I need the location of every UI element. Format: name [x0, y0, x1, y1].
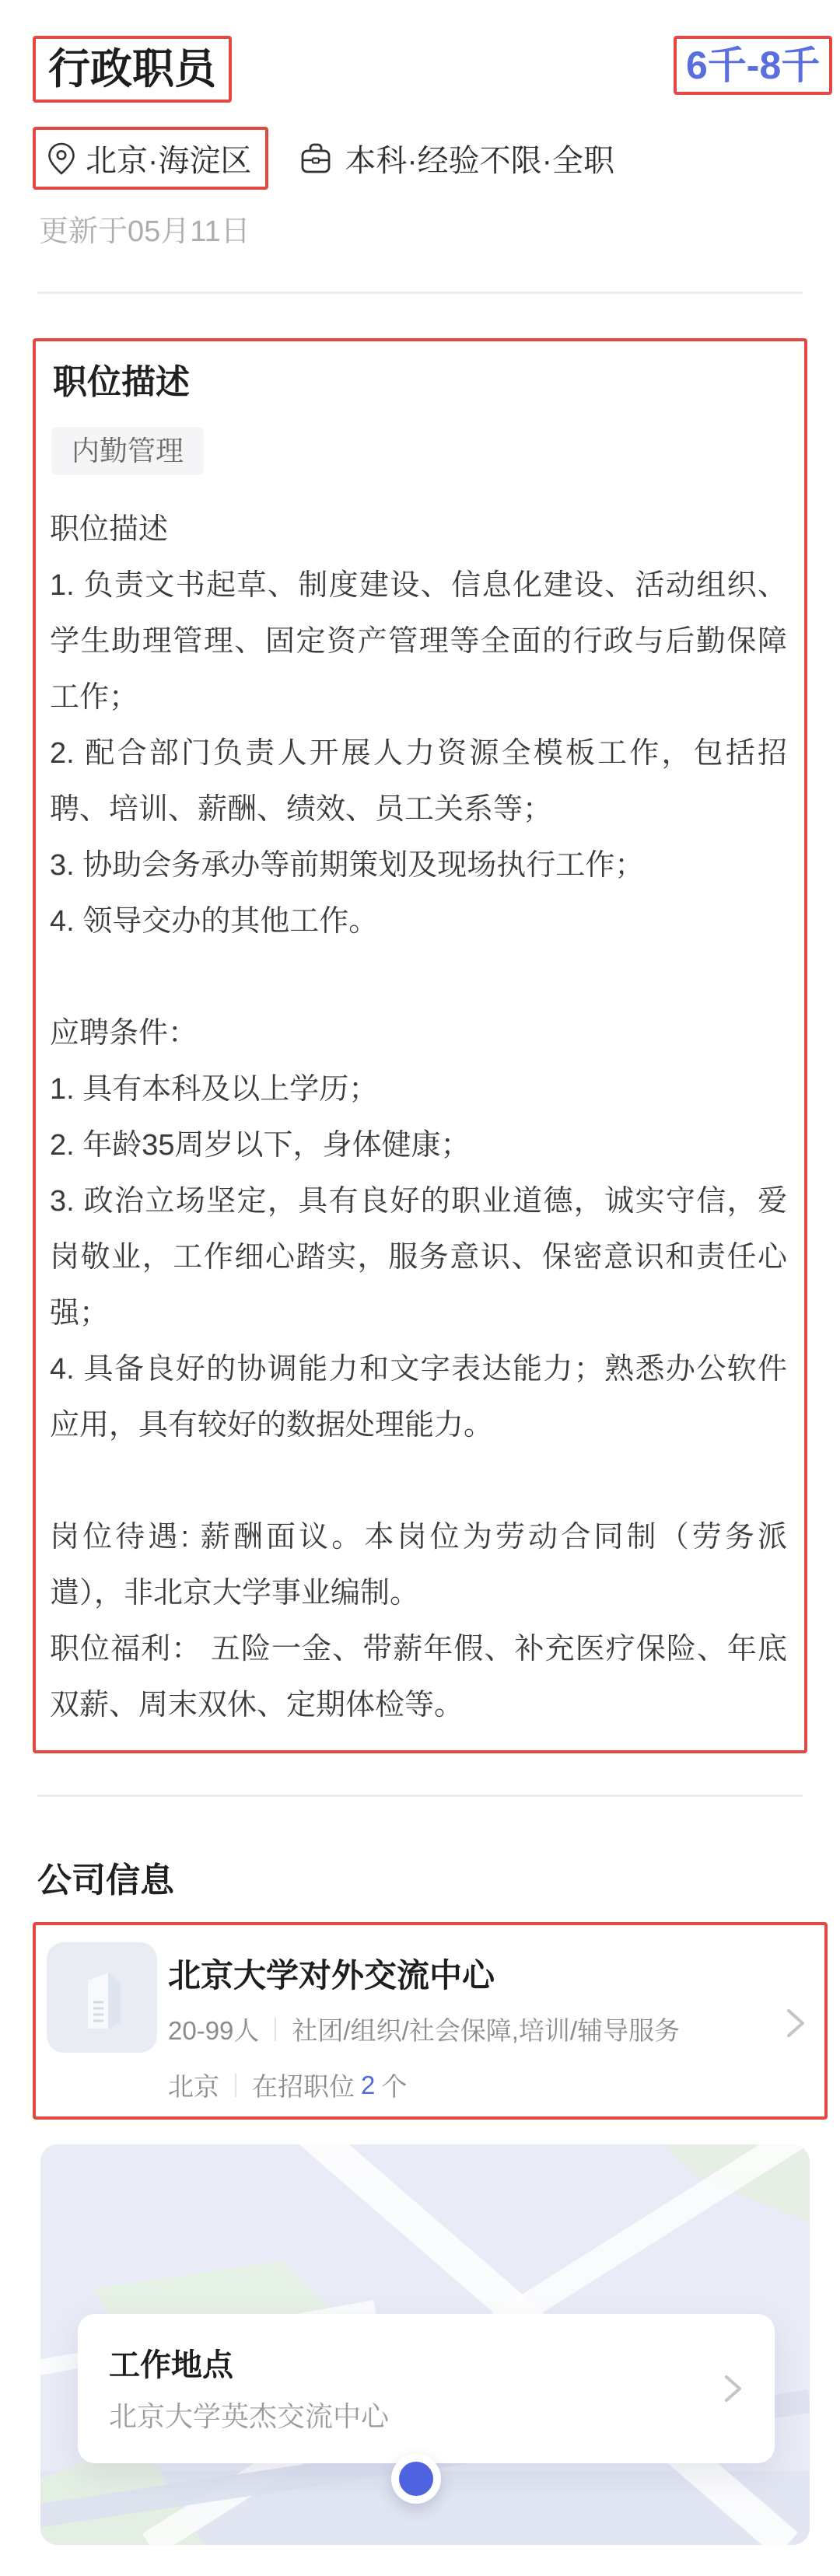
- page-title: 行政职员: [48, 45, 216, 93]
- vertical-divider: [235, 2074, 236, 2097]
- job-requirements: 本科·经验不限·全职: [345, 136, 614, 180]
- description-line: 3. 协助会务承办等前期策划及现场执行工作；: [50, 837, 787, 893]
- chevron-right-icon[interactable]: [778, 2005, 812, 2042]
- work-location-address: 北京大学英杰交流中心: [109, 2395, 389, 2434]
- description-line: [50, 949, 787, 1005]
- job-conditions: 本科·经验不限·全职: [298, 136, 614, 180]
- company-name: 北京大学对外交流中心: [168, 1950, 495, 1997]
- description-line: 职位描述: [50, 502, 787, 557]
- company-size: 20-99人: [168, 2011, 259, 2047]
- description-line: 1. 负责文书起草、制度建设、信息化建设、活动组织、学生助理管理、固定资产管理等…: [50, 557, 787, 725]
- job-description-annotation-box: 职位描述 内勤管理 职位描述1. 负责文书起草、制度建设、信息化建设、活动组织、…: [33, 338, 807, 1753]
- description-line: [50, 1453, 787, 1509]
- job-description-body: 职位描述1. 负责文书起草、制度建设、信息化建设、活动组织、学生助理管理、固定资…: [50, 502, 787, 1733]
- openings-unit: 个: [381, 2067, 407, 2103]
- company-openings-line: 北京 在招职位 2 个: [168, 2067, 407, 2103]
- vertical-divider: [275, 2018, 276, 2041]
- description-line: 4. 领导交办的其他工作。: [50, 893, 787, 949]
- description-line: 3. 政治立场坚定，具有良好的职业道德，诚实守信，爱岗敬业，工作细心踏实，服务意…: [50, 1173, 787, 1341]
- company-industry: 社团/组织/社会保障,培训/辅导服务: [292, 2011, 680, 2047]
- description-line: 应聘条件：: [50, 1005, 787, 1061]
- salary-annotation-box: 6千-8千: [674, 36, 832, 95]
- company-section-heading: 公司信息: [37, 1861, 174, 1900]
- job-detail-page: 行政职员 6千-8千 北京·海淀区 本科·经验不限: [0, 0, 840, 2576]
- location-annotation-box: 北京·海淀区: [33, 127, 268, 190]
- updated-date: 更新于05月11日: [39, 207, 250, 250]
- building-icon: [66, 1959, 138, 2036]
- description-line: 岗位待遇: 薪酬面议。本岗位为劳动合同制（劳务派遣），非北京大学事业编制。: [50, 1509, 787, 1621]
- divider: [37, 292, 803, 294]
- salary-range: 6千-8千: [686, 44, 820, 87]
- job-title-annotation-box: 行政职员: [33, 36, 232, 103]
- map-marker-icon: [391, 2454, 441, 2504]
- location-pin-icon: [45, 141, 78, 177]
- job-meta-row: 北京·海淀区 本科·经验不限·全职: [33, 127, 614, 190]
- work-location-title: 工作地点: [109, 2340, 233, 2385]
- company-meta-line: 20-99人 社团/组织/社会保障,培训/辅导服务: [168, 2011, 680, 2047]
- openings-count: 2: [361, 2071, 375, 2100]
- description-line: 1. 具有本科及以上学历；: [50, 1061, 787, 1117]
- job-location: 北京·海淀区: [86, 136, 251, 180]
- chevron-right-icon[interactable]: [717, 2372, 748, 2406]
- description-line: 4. 具备良好的协调能力和文字表达能力；熟悉办公软件应用，具有较好的数据处理能力…: [50, 1341, 787, 1453]
- company-logo: [47, 1942, 157, 2053]
- description-line: 2. 配合部门负责人开展人力资源全模板工作，包括招聘、培训、薪酬、绩效、员工关系…: [50, 725, 787, 837]
- company-card[interactable]: 北京大学对外交流中心 20-99人 社团/组织/社会保障,培训/辅导服务 北京 …: [33, 1922, 828, 2120]
- job-tag: 内勤管理: [51, 427, 204, 475]
- job-description-heading: 职位描述: [53, 363, 787, 402]
- description-line: 职位福利： 五险一金、带薪年假、补充医疗保险、年底双薪、周末双休、定期体检等。: [50, 1621, 787, 1733]
- work-location-map[interactable]: 工作地点 北京大学英杰交流中心: [40, 2144, 810, 2545]
- briefcase-icon: [298, 141, 334, 177]
- company-city: 北京: [168, 2067, 219, 2103]
- work-location-card[interactable]: 工作地点 北京大学英杰交流中心: [78, 2314, 775, 2463]
- divider: [37, 1795, 803, 1797]
- description-line: 2. 年龄35周岁以下，身体健康；: [50, 1117, 787, 1173]
- openings-label: 在招职位: [252, 2067, 355, 2103]
